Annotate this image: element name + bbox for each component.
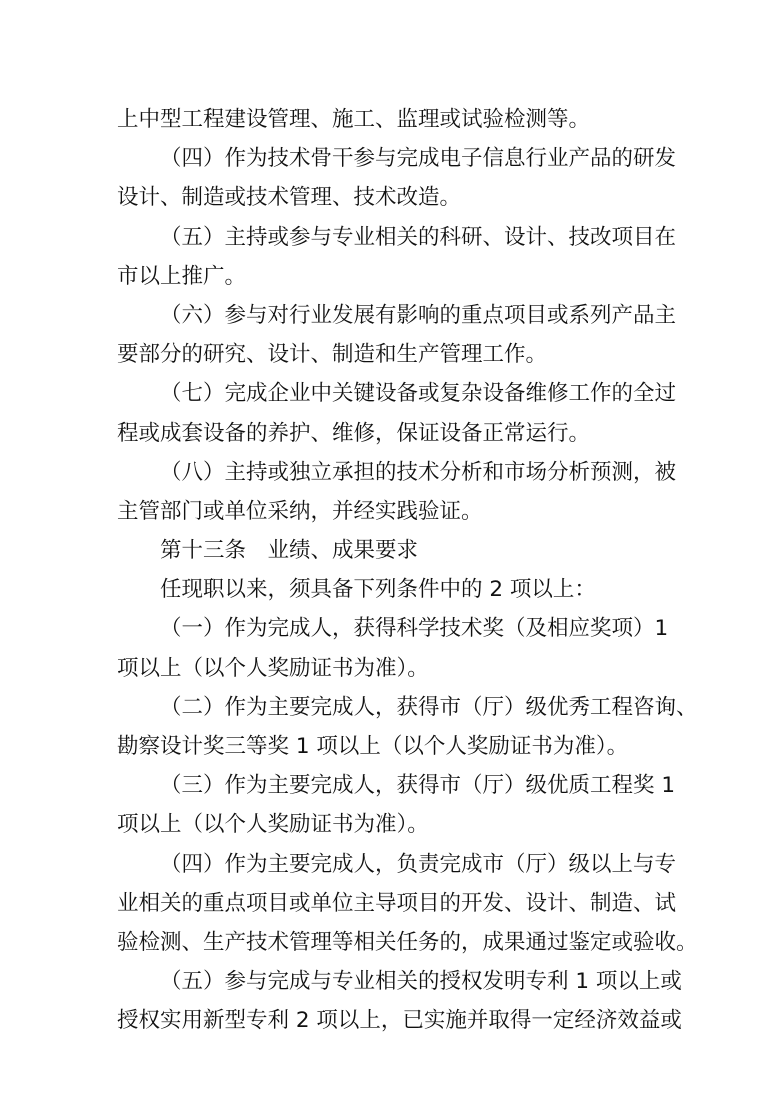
text-line: 设计、制造或技术管理、技术改造。 [117, 178, 662, 217]
section-heading: 第十三条 业绩、成果要求 [117, 531, 662, 570]
text-line: 市以上推广。 [117, 257, 662, 296]
text-line: 授权实用新型专利 2 项以上，已实施并取得一定经济效益或 [117, 1001, 662, 1040]
text-line: 验检测、生产技术管理等相关任务的，成果通过鉴定或验收。 [117, 923, 662, 962]
text-line: 上中型工程建设管理、施工、监理或试验检测等。 [117, 100, 662, 139]
text-line: （四）作为技术骨干参与完成电子信息行业产品的研发 [117, 139, 662, 178]
text-line: （八）主持或独立承担的技术分析和市场分析预测，被 [117, 453, 662, 492]
text-line: 任现职以来，须具备下列条件中的 2 项以上： [117, 570, 662, 609]
text-line: （三）作为主要完成人，获得市（厅）级优质工程奖 1 [117, 766, 662, 805]
text-line: （六）参与对行业发展有影响的重点项目或系列产品主 [117, 296, 662, 335]
text-line: （五）主持或参与专业相关的科研、设计、技改项目在 [117, 218, 662, 257]
text-line: 程或成套设备的养护、维修，保证设备正常运行。 [117, 414, 662, 453]
text-line: 业相关的重点项目或单位主导项目的开发、设计、制造、试 [117, 884, 662, 923]
text-line: 主管部门或单位采纳，并经实践验证。 [117, 492, 662, 531]
text-line: 勘察设计奖三等奖 1 项以上（以个人奖励证书为准）。 [117, 727, 662, 766]
text-line: 项以上（以个人奖励证书为准）。 [117, 805, 662, 844]
text-line: （二）作为主要完成人，获得市（厅）级优秀工程咨询、 [117, 688, 662, 727]
text-line: （一）作为完成人，获得科学技术奖（及相应奖项）1 [117, 609, 662, 648]
text-line: 要部分的研究、设计、制造和生产管理工作。 [117, 335, 662, 374]
document-page: 上中型工程建设管理、施工、监理或试验检测等。 （四）作为技术骨干参与完成电子信息… [117, 100, 662, 1041]
text-line: （四）作为主要完成人，负责完成市（厅）级以上与专 [117, 845, 662, 884]
text-line: （五）参与完成与专业相关的授权发明专利 1 项以上或 [117, 962, 662, 1001]
text-line: 项以上（以个人奖励证书为准）。 [117, 649, 662, 688]
text-line: （七）完成企业中关键设备或复杂设备维修工作的全过 [117, 374, 662, 413]
